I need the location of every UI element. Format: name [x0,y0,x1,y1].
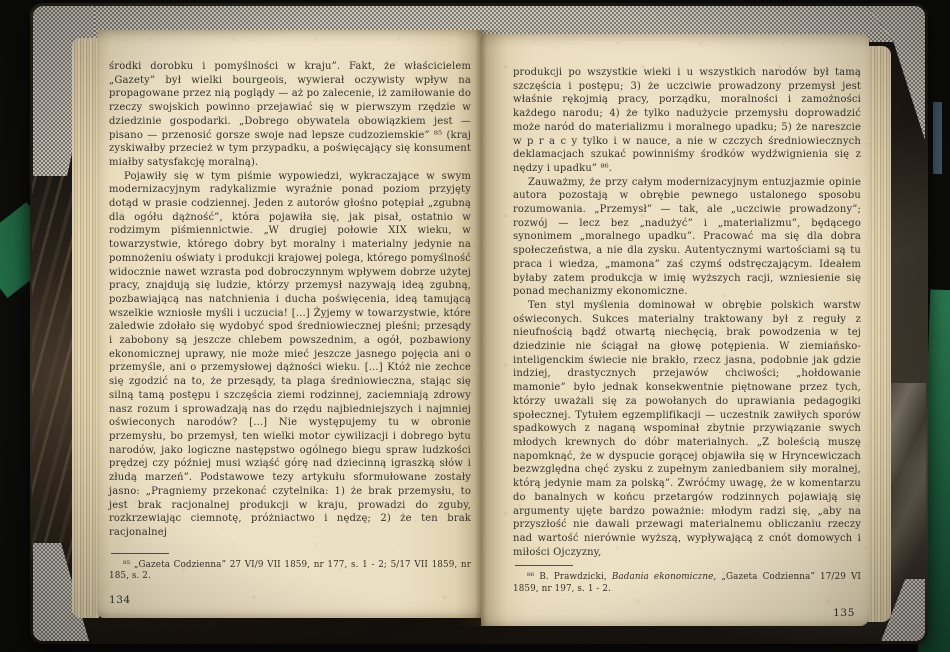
page-right-body: produkcji po wszystkie wieki i u wszystk… [513,66,861,559]
footnote-block: ⁸⁵ „Gazeta Codzienna” 27 VI/9 VII 1859, … [109,547,471,583]
page-left: środki dorobku i pomyślności w kraju”. F… [97,30,481,618]
footnote-citation: „Gazeta Codzienna” 27 VI/9 VII 1859, nr … [109,560,471,582]
footnote-text: ⁸⁵ „Gazeta Codzienna” 27 VI/9 VII 1859, … [109,560,471,583]
body-paragraph: środki dorobku i pomyślności w kraju”. F… [109,60,471,170]
body-paragraph: produkcji po wszystkie wieki i u wszystk… [513,66,861,176]
page-number: 135 [513,607,861,619]
body-paragraph: Ten styl myślenia dominował w obrębie po… [513,299,861,559]
page-right: produkcji po wszystkie wieki i u wszystk… [481,34,869,626]
footnote-text: ⁸⁶ B. Prawdzicki, Badania ekonomiczne, „… [513,572,861,595]
footnote-divider [515,565,573,566]
page-number: 134 [109,594,471,606]
body-paragraph: Zauważmy, że przy całym modernizacyjnym … [513,176,861,299]
body-paragraph: Pojawiły się w tym piśmie wypowiedzi, wy… [109,170,471,540]
background-blue-accent-right [933,102,942,174]
page-edge-stack-right [866,46,891,622]
page-edge-stack-left [72,38,99,618]
footnote-citation-author: B. Prawdzicki, [534,572,612,582]
page-left-body: środki dorobku i pomyślności w kraju”. F… [109,60,471,540]
footnote-citation-title: Badania ekonomiczne, [612,572,716,582]
footnote-divider [111,553,169,554]
photographed-book-scene: środki dorobku i pomyślności w kraju”. F… [0,0,950,652]
footnote-block: ⁸⁶ B. Prawdzicki, Badania ekonomiczne, „… [513,559,861,595]
